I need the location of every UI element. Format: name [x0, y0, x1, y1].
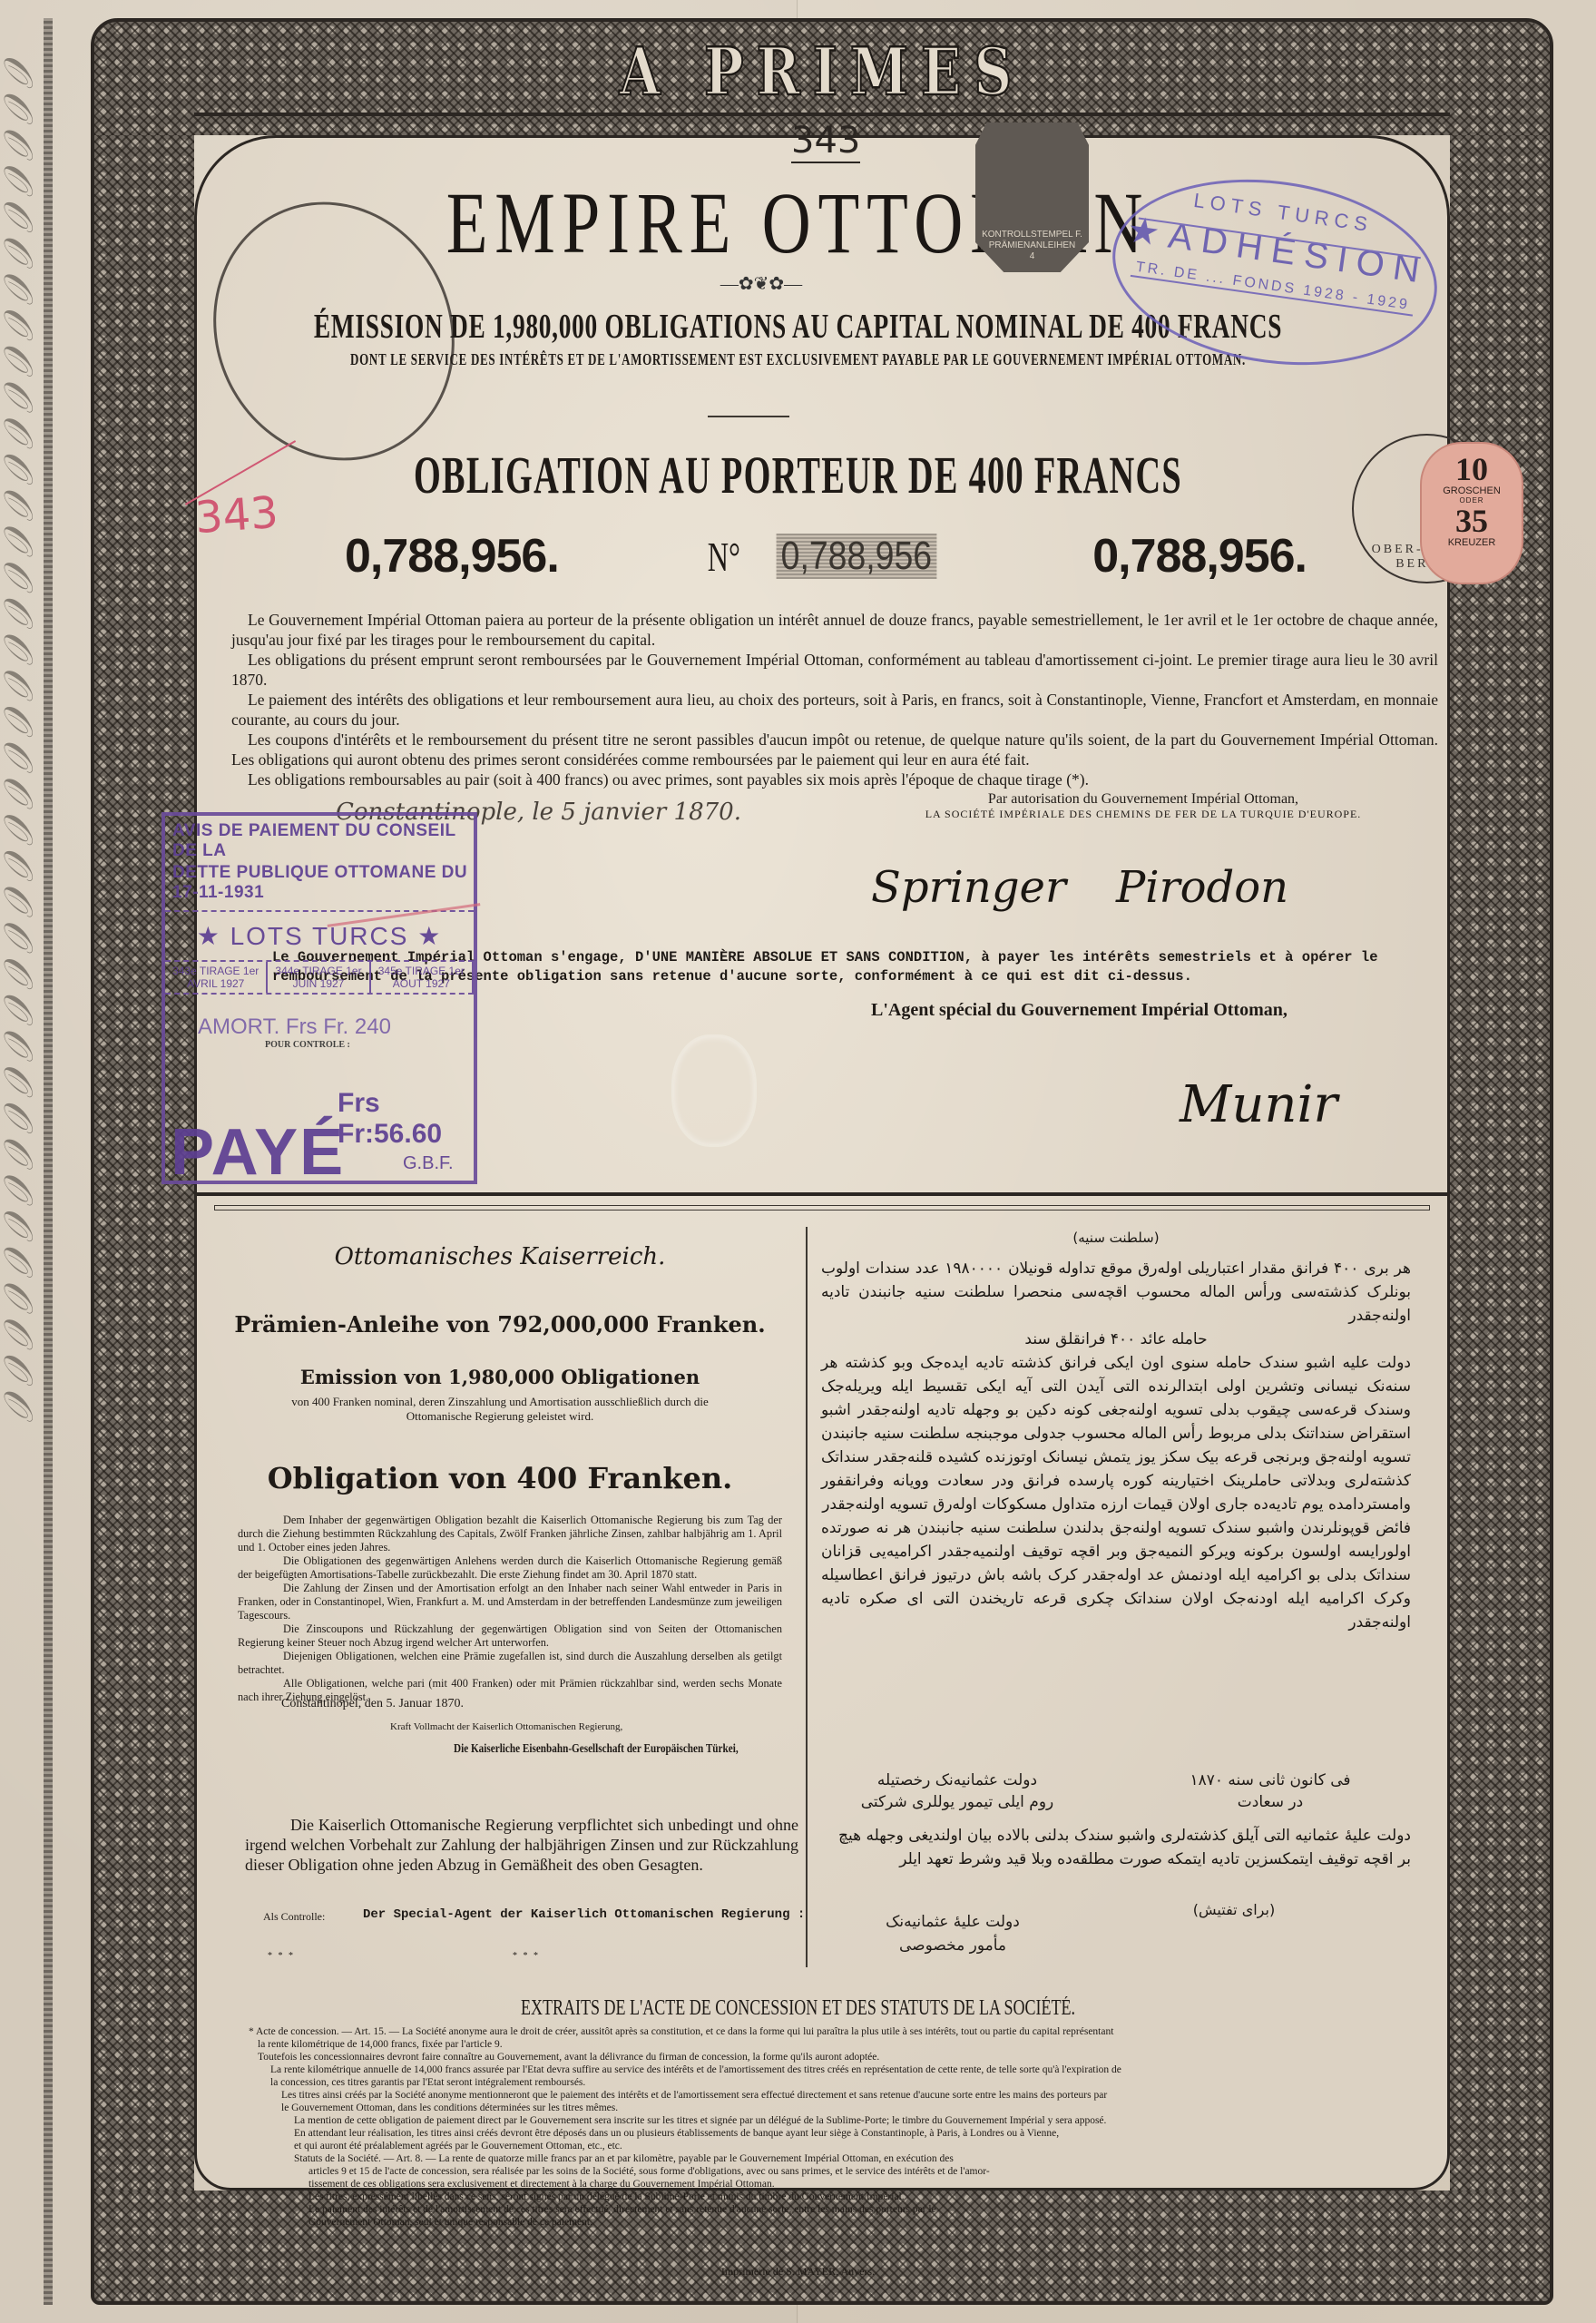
- ottoman-date-block: فی کانون ثانی سنه ۱۸۷۰ در سعادت: [1125, 1769, 1415, 1813]
- extract-line: et qui auront été préalablement agréés p…: [245, 2140, 1415, 2152]
- ottoman-company-block: دولت عثمانیه‌نک رخصتیله روم ایلی تیمور ی…: [821, 1769, 1093, 1813]
- revenue-value-1: 10: [1422, 453, 1522, 485]
- german-stars: * * *: [268, 1951, 295, 1961]
- german-loan: Prämien-Anleihe von 792,000,000 Franken.: [214, 1311, 786, 1338]
- company-name: LA SOCIÉTÉ IMPÉRIALE DES CHEMINS DE FER …: [871, 808, 1415, 821]
- ottoman-date: فی کانون ثانی سنه ۱۸۷۰: [1125, 1769, 1415, 1791]
- serial-number-right: 0,788,956.: [1092, 529, 1307, 583]
- terms-paragraph: Les obligations remboursables au pair (s…: [231, 769, 1438, 789]
- german-emission: Emission von 1,980,000 Obligationen: [214, 1366, 786, 1388]
- german-engagement-text: Die Kaiserlich Ottomanische Regierung ve…: [245, 1815, 798, 1875]
- stamp-amount: Frs Fr:56.60: [338, 1088, 474, 1150]
- stub-border-band: [44, 18, 53, 2305]
- german-title: Ottomanisches Kaiserreich.: [214, 1243, 786, 1270]
- german-date: Constantinopel, den 5. Januar 1870.: [281, 1697, 464, 1711]
- section-separator-inner: [214, 1205, 1430, 1211]
- ottoman-paragraph: هر بری ۴۰۰ فرانق مقدار اعتباریلی اوله‌رق…: [821, 1257, 1411, 1328]
- german-agent: Der Special-Agent der Kaiserlich Ottoman…: [363, 1907, 805, 1922]
- serial-number-left: 0,788,956.: [345, 529, 559, 583]
- embossed-seal-icon: [671, 1034, 757, 1147]
- ottoman-company-line-1: دولت عثمانیه‌نک رخصتیله: [821, 1769, 1093, 1791]
- german-paragraph: Die Obligationen des gegenwärtigen Anleh…: [238, 1554, 782, 1582]
- extract-line: la concession, ces titres garantis par l…: [245, 2076, 1415, 2089]
- revenue-stamp: 10 GROSCHEN ODER 35 KREUZER: [1420, 442, 1523, 584]
- extracts-title: EXTRAITS DE L'ACTE DE CONCESSION ET DES …: [200, 1996, 1396, 2021]
- column-divider: [806, 1227, 808, 1967]
- ottoman-paragraph: حامله عائد ۴۰۰ فرانقلق سند: [821, 1328, 1411, 1351]
- ottoman-heading: (سلطنت سنیه): [821, 1230, 1411, 1246]
- extract-line: Statuts de la Société. — Art. 8. — La re…: [245, 2152, 1415, 2165]
- pour-controle-label: POUR CONTROLE :: [165, 1040, 474, 1050]
- terms-paragraph: Les obligations du présent emprunt seron…: [231, 650, 1438, 690]
- revenue-unit-1: GROSCHEN: [1422, 485, 1522, 496]
- german-paragraph: Die Zahlung der Zinsen und der Amortisat…: [238, 1582, 782, 1622]
- tirage-cell: 343e TIRAGE 1er AVRIL 1927: [165, 962, 268, 993]
- ottoman-terms: هر بری ۴۰۰ فرانق مقدار اعتباریلی اوله‌رق…: [821, 1257, 1411, 1634]
- ottoman-company-line-2: روم ایلی تیمور یوللری شرکتی: [821, 1791, 1093, 1813]
- german-control-label: Als Controlle:: [263, 1910, 325, 1924]
- stamp-tirages: 343e TIRAGE 1er AVRIL 1927 344e TIRAGE 1…: [165, 962, 474, 995]
- stamp-line-2: DETTE PUBLIQUE OTTOMANE DU 17-11-1931: [165, 861, 474, 910]
- ottoman-agent-block: دولت علیهٔ عثمانیه‌نک مأمور مخصوصی: [862, 1910, 1043, 1957]
- ottoman-place: در سعادت: [1125, 1791, 1415, 1813]
- ottoman-agent-line-1: دولت علیهٔ عثمانیه‌نک: [862, 1910, 1043, 1934]
- revenue-unit-2: KREUZER: [1422, 537, 1522, 548]
- serial-number-center: 0,788,956: [777, 534, 937, 579]
- serial-number-center-group: N° 0,788,956: [700, 533, 950, 581]
- border-banner: A PRIMES: [94, 34, 1550, 111]
- tirage-cell: 345e TIRAGE 1er AOUT 1927: [371, 962, 474, 993]
- stamp-lots-turcs: ★ LOTS TURCS ★: [165, 912, 474, 962]
- stamp-header: AVIS DE PAIEMENT DU CONSEIL DE LA DETTE …: [165, 816, 474, 912]
- stamp-amort: AMORT. Frs Fr. 240: [165, 995, 474, 1040]
- terms-paragraph: Le Gouvernement Impérial Ottoman paiera …: [231, 610, 1438, 650]
- extract-line: * Acte de concession. — Art. 15. — La So…: [245, 2025, 1415, 2038]
- extracts-body: * Acte de concession. — Art. 15. — La So…: [245, 2025, 1415, 2229]
- section-separator: [194, 1192, 1450, 1196]
- german-authority: Kraft Vollmacht der Kaiserlich Ottomanis…: [390, 1721, 622, 1732]
- tirage-cell: 344e TIRAGE 1er JUIN 1927: [268, 962, 370, 993]
- signature-agent: Munir: [1180, 1075, 1337, 1134]
- short-rule: [708, 416, 789, 417]
- banner-rule: [194, 113, 1450, 116]
- ottoman-paragraph: فائض قوپونلرندن واشبو سندک تسویه اولنه‌ج…: [821, 1516, 1411, 1634]
- extract-line: Les titres ainsi créés par la Société an…: [245, 2089, 1415, 2102]
- signature-springer: Springer: [871, 862, 1066, 913]
- extract-line: la rente kilométrique de 14,000 francs, …: [245, 2038, 1415, 2051]
- french-terms: Le Gouvernement Impérial Ottoman paiera …: [231, 610, 1438, 789]
- extract-line: Toutefois les concessionnaires devront f…: [245, 2051, 1415, 2063]
- control-stamp-line-1: KONTROLLSTEMPEL F.: [975, 230, 1089, 240]
- handwritten-number: 343: [791, 120, 860, 163]
- german-terms: Dem Inhaber der gegenwärtigen Obligation…: [238, 1514, 782, 1704]
- authorization-block: Par autorisation du Gouvernement Impéria…: [871, 791, 1415, 821]
- german-obligation-title: Obligation von 400 Franken.: [214, 1461, 786, 1495]
- extract-line: En attendant leur réalisation, les titre…: [245, 2127, 1415, 2140]
- extract-line: Le paiement des intérêts et de l'amortis…: [245, 2203, 1415, 2216]
- extract-line: le Gouvernement Ottoman, dans les condit…: [245, 2102, 1415, 2114]
- printer-credit: Imprimerie de S. MAYER, Anvers.: [0, 2265, 1596, 2279]
- control-stamp-line-2: PRÄMIENANLEIHEN: [975, 240, 1089, 251]
- extract-line: Gouvernement Ottoman, seul et unique res…: [245, 2216, 1415, 2229]
- serial-number-row: 0,788,956. N° 0,788,956 0,788,956.: [345, 524, 1307, 588]
- ottoman-control: (برای تفتیش): [1143, 1901, 1325, 1918]
- ottoman-paragraph: دولت علیه اشبو سندک حامله سنوی اون ایکی …: [821, 1351, 1411, 1516]
- extract-line: La rente kilométrique annuelle de 14,000…: [245, 2063, 1415, 2076]
- extract-line: tissement de ces obligations sera exclus…: [245, 2178, 1415, 2191]
- german-paragraph: Die Zinscoupons und Rückzahlung der gege…: [238, 1622, 782, 1650]
- extract-line: articles 9 et 15 de l'acte de concession…: [245, 2165, 1415, 2178]
- german-emission-sub: von 400 Franken nominal, deren Zinszahlu…: [214, 1395, 786, 1424]
- revenue-value-2: 35: [1422, 505, 1522, 537]
- stub-flourish: 𝒪𝒪𝒪𝒪𝒪𝒪𝒪𝒪𝒪𝒪𝒪𝒪𝒪𝒪𝒪𝒪𝒪𝒪𝒪𝒪𝒪𝒪𝒪𝒪𝒪𝒪𝒪𝒪𝒪𝒪𝒪𝒪𝒪𝒪𝒪𝒪𝒪𝒪: [0, 54, 41, 2287]
- german-paragraph: Dem Inhaber der gegenwärtigen Obligation…: [238, 1514, 782, 1554]
- control-stamp: KONTROLLSTEMPEL F. PRÄMIENANLEIHEN 4: [975, 123, 1089, 272]
- handwritten-number-red: 343: [193, 487, 279, 544]
- terms-paragraph: Le paiement des intérêts des obligations…: [231, 690, 1438, 730]
- ottoman-agent-line-2: مأمور مخصوصی: [862, 1934, 1043, 1957]
- german-stars: * * *: [513, 1951, 540, 1961]
- payment-notice-stamp: AVIS DE PAIEMENT DU CONSEIL DE LA DETTE …: [162, 812, 477, 1184]
- obligation-title: OBLIGATION AU PORTEUR DE 400 FRANCS: [271, 445, 1325, 505]
- agent-title: L'Agent spécial du Gouvernement Impérial…: [871, 1000, 1288, 1021]
- extract-line: Les titres, expressément libellés dans c…: [245, 2191, 1415, 2203]
- ornament-divider: —✿❦✿—: [707, 272, 816, 295]
- signature-second: Pirodon: [1116, 862, 1288, 913]
- extract-line: La mention de cette obligation de paieme…: [245, 2114, 1415, 2127]
- german-engagement: Die Kaiserlich Ottomanische Regierung ve…: [245, 1815, 798, 1875]
- stamp-initials: G.B.F.: [403, 1153, 454, 1174]
- ottoman-engagement: دولت علیهٔ عثمانیه التی آیلق کذشته‌لری و…: [821, 1824, 1411, 1871]
- stamp-line-1: AVIS DE PAIEMENT DU CONSEIL DE LA: [165, 816, 474, 861]
- terms-paragraph: Les coupons d'intérêts et le rembourseme…: [231, 730, 1438, 769]
- control-stamp-text: KONTROLLSTEMPEL F. PRÄMIENANLEIHEN 4: [975, 230, 1089, 262]
- german-paragraph: Diejenigen Obligationen, welchen eine Pr…: [238, 1650, 782, 1677]
- stamp-paye: PAYÉ: [171, 1115, 345, 1190]
- number-label: N°: [708, 533, 740, 581]
- german-company: Die Kaiserliche Eisenbahn-Gesellschaft d…: [454, 1742, 739, 1757]
- authorization-text: Par autorisation du Gouvernement Impéria…: [871, 791, 1415, 808]
